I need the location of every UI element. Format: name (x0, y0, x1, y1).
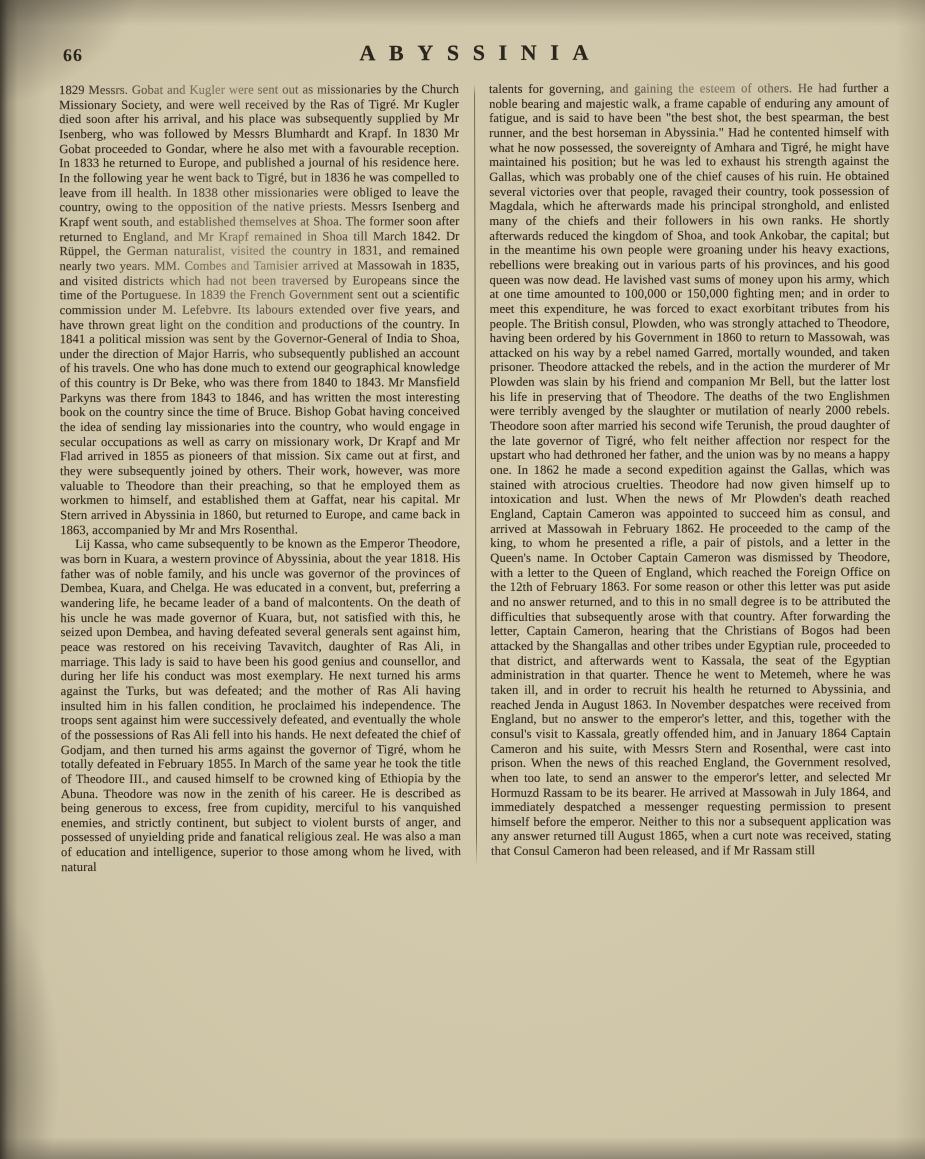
text-columns: 1829 Messrs. Gobat and Kugler were sent … (59, 81, 891, 875)
page-content: 66 ABYSSINIA 1829 Messrs. Gobat and Kugl… (59, 37, 891, 875)
paragraph: 1829 Messrs. Gobat and Kugler were sent … (59, 82, 460, 537)
column-right: talents for governing, and gaining the e… (489, 81, 891, 873)
paragraph: Lij Kassa, who came subsequently to be k… (60, 536, 461, 874)
column-left: 1829 Messrs. Gobat and Kugler were sent … (59, 82, 461, 874)
page-header: 66 ABYSSINIA (59, 37, 889, 83)
scanned-book-page: 66 ABYSSINIA 1829 Messrs. Gobat and Kugl… (0, 0, 925, 1159)
page-title: ABYSSINIA (59, 39, 889, 67)
column-divider-rule (474, 84, 477, 867)
paragraph: talents for governing, and gaining the e… (489, 81, 891, 859)
